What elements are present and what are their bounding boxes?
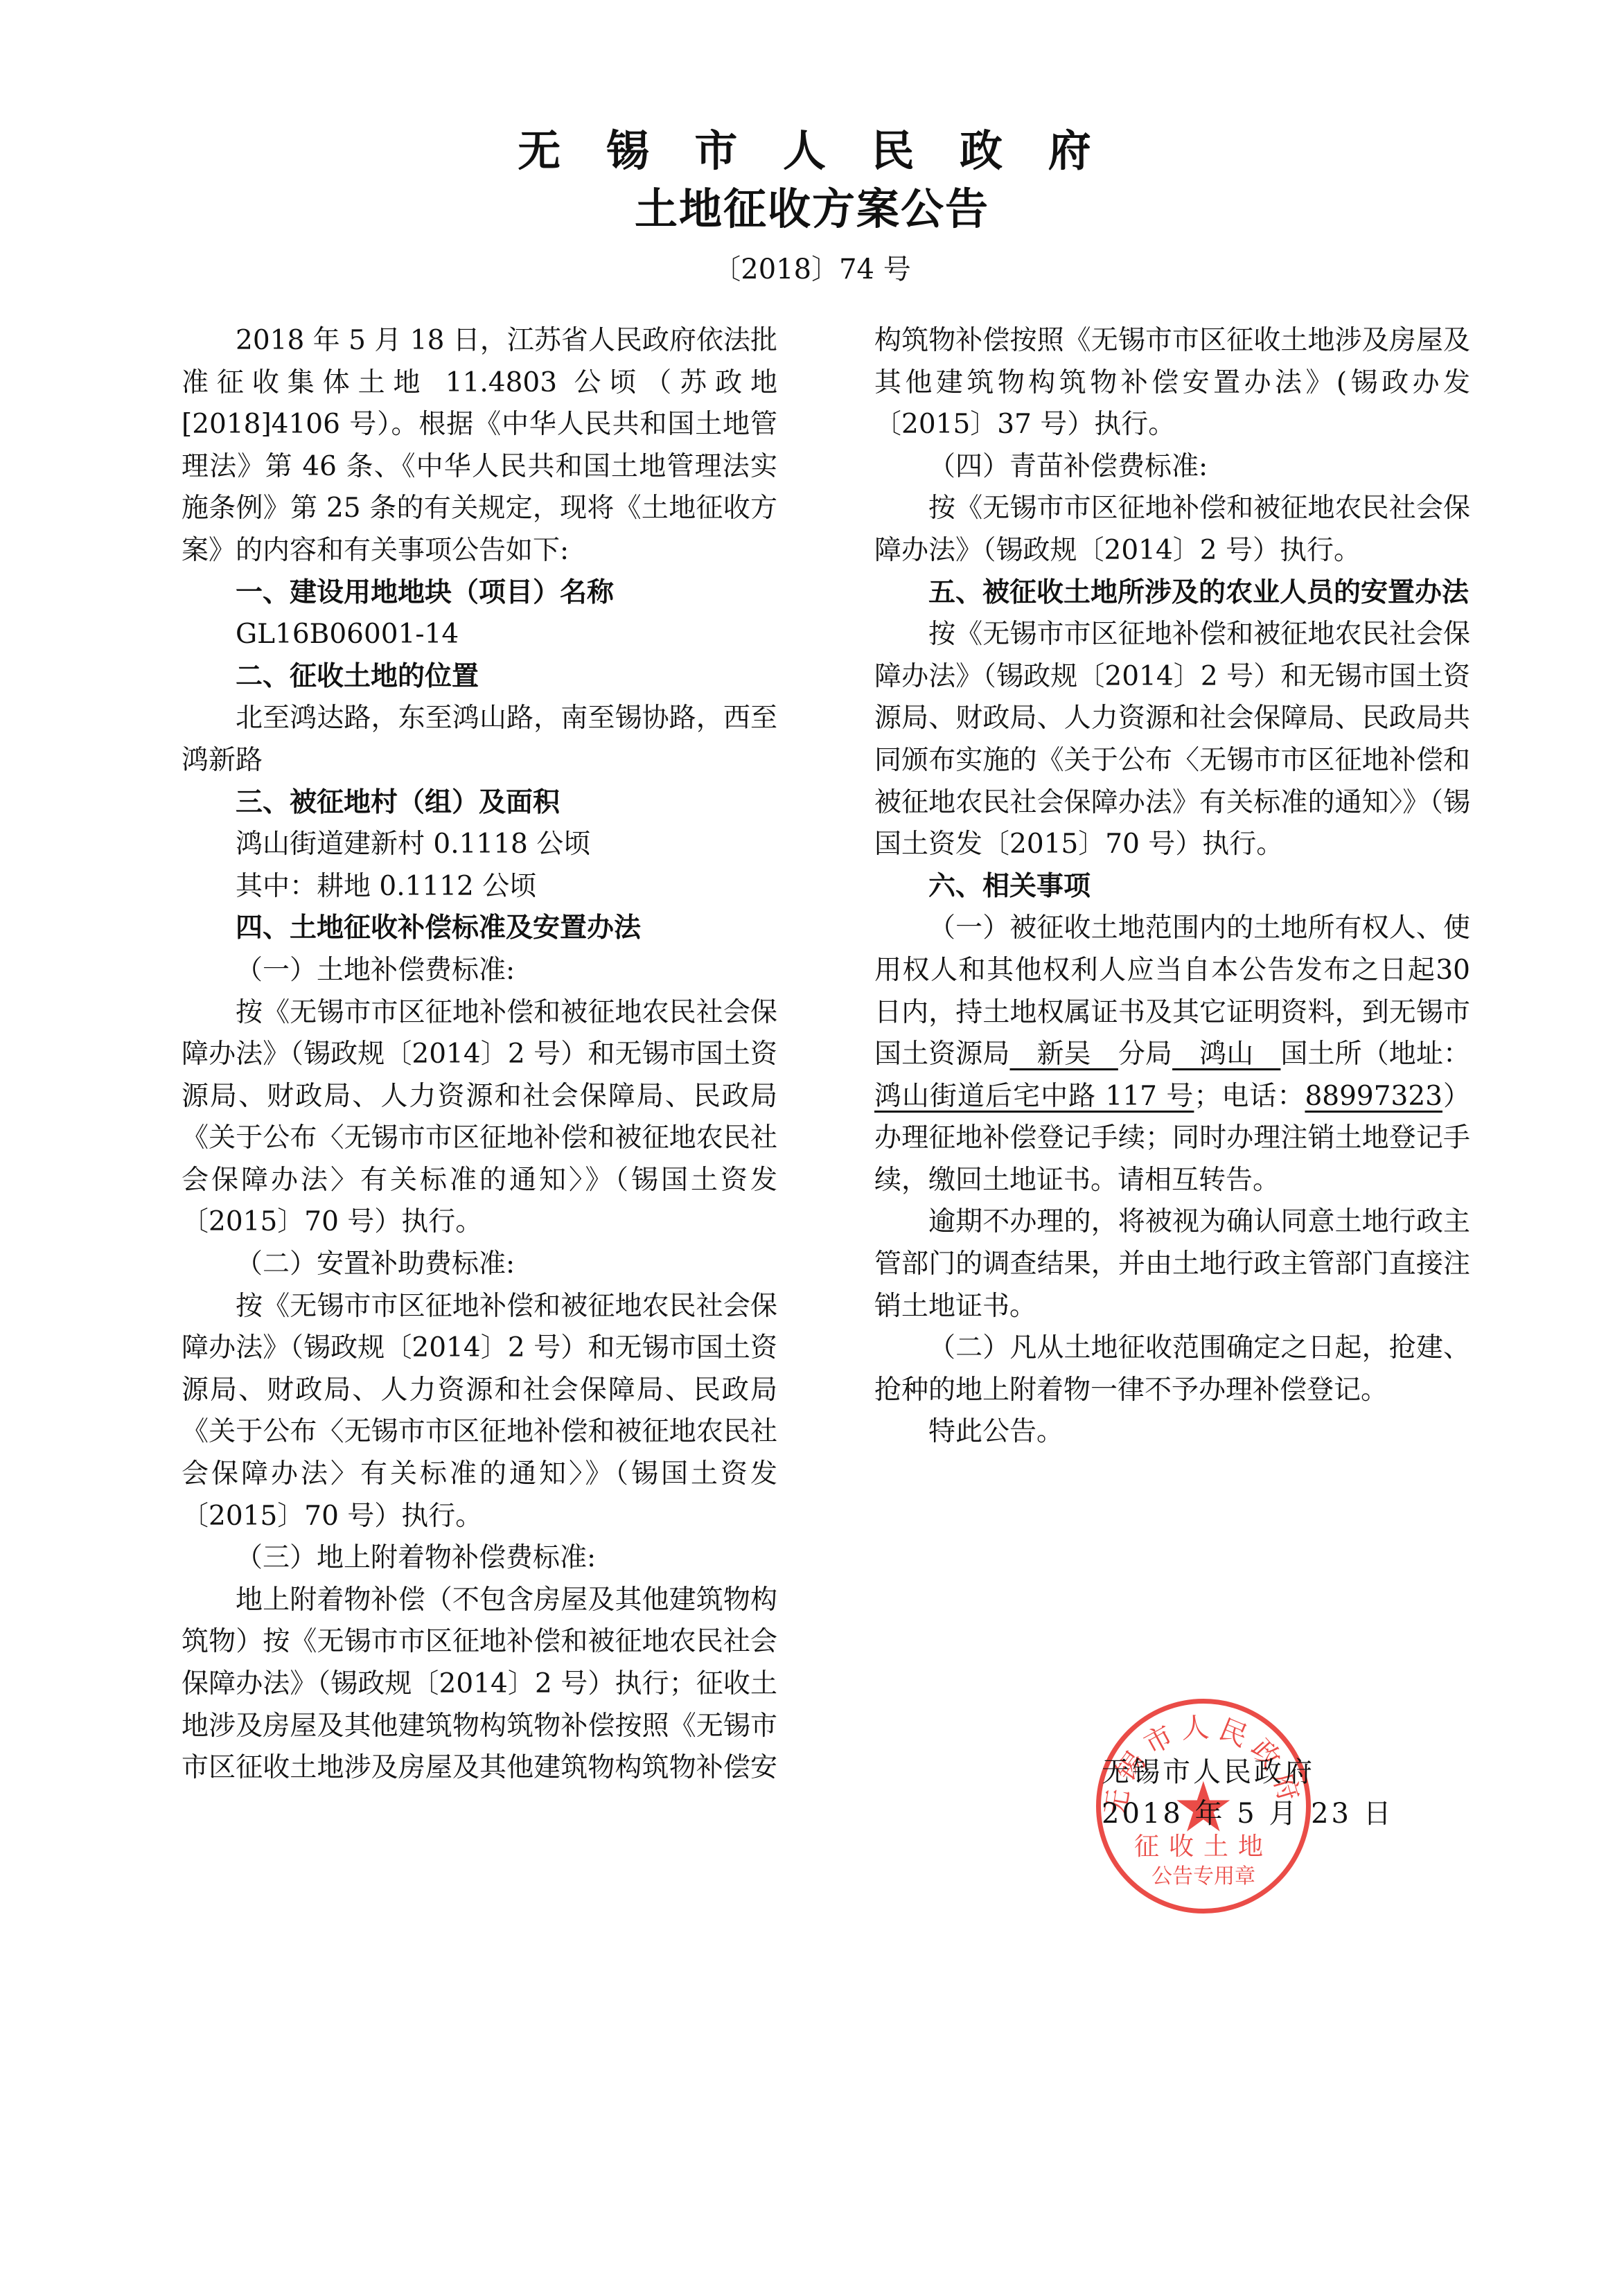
section3-heading: 三、被征地村（组）及面积: [182, 782, 777, 824]
section4-sub2-text: 按《无锡市市区征地补偿和被征地农民社会保障办法》（锡政规〔2014〕2 号）和无…: [182, 1286, 777, 1538]
item1-text-b: 分局: [1118, 1039, 1172, 1070]
signature-block: 无锡市人民政府 2018 年 5 月 23 日: [1102, 1751, 1394, 1835]
intro-paragraph: 2018 年 5 月 18 日，江苏省人民政府依法批准征收集体土地 11.480…: [182, 320, 777, 572]
document-number: 〔2018〕74 号: [0, 251, 1624, 288]
seal-center-line2: 公告专用章: [1101, 1859, 1306, 1889]
section3-area: 鸿山街道建新村 0.1118 公顷: [182, 824, 777, 866]
section4-sub3-heading: （三）地上附着物补偿费标准:: [182, 1537, 777, 1580]
section6-heading: 六、相关事项: [874, 866, 1470, 908]
item1-text-c: 国土所（地址：: [1280, 1039, 1470, 1070]
section4-sub2-heading: （二）安置补助费标准:: [182, 1244, 777, 1286]
closing-text: 特此公告。: [874, 1411, 1470, 1453]
section4-sub4-heading: （四）青苗补偿费标准:: [874, 446, 1470, 488]
document-title: 土地征收方案公告: [0, 182, 1624, 237]
office-address: 鸿山街道后宅中路 117 号: [874, 1081, 1194, 1112]
signature-issuer: 无锡市人民政府: [1102, 1751, 1394, 1793]
office-name: 鸿山: [1172, 1039, 1280, 1070]
section4-sub1-text: 按《无锡市市区征地补偿和被征地农民社会保障办法》（锡政规〔2014〕2 号）和无…: [182, 992, 777, 1244]
section6-overdue: 逾期不办理的，将被视为确认同意土地行政主管部门的调查结果，并由土地行政主管部门直…: [874, 1201, 1470, 1327]
office-phone: 88997323: [1305, 1081, 1442, 1112]
branch-name: 新吴: [1009, 1039, 1118, 1070]
section6-item2: （二）凡从土地征收范围确定之日起，抢建、抢种的地上附着物一律不予办理补偿登记。: [874, 1327, 1470, 1411]
section5-heading: 五、被征收土地所涉及的农业人员的安置办法: [874, 572, 1470, 615]
left-column: 2018 年 5 月 18 日，江苏省人民政府依法批准征收集体土地 11.480…: [182, 320, 777, 1789]
section5-content: 按《无锡市市区征地补偿和被征地农民社会保障办法》（锡政规〔2014〕2 号）和无…: [874, 614, 1470, 866]
item1-text-d: ；电话：: [1194, 1081, 1305, 1112]
issuer-title: 无 锡 市 人 民 政 府: [0, 123, 1624, 179]
section3-farmland: 其中：耕地 0.1112 公顷: [182, 866, 777, 908]
section4-sub4-text: 按《无锡市市区征地补偿和被征地农民社会保障办法》（锡政规〔2014〕2 号）执行…: [874, 488, 1470, 572]
section4-sub3-text-continued: 构筑物补偿按照《无锡市市区征收土地涉及房屋及其他建筑物构筑物补偿安置办法》(锡政…: [874, 320, 1470, 446]
section4-sub1-heading: （一）土地补偿费标准:: [182, 950, 777, 992]
section6-item1: （一）被征收土地范围内的土地所有权人、使用权人和其他权利人应当自本公告发布之日起…: [874, 908, 1470, 1201]
section4-heading: 四、土地征收补偿标准及安置办法: [182, 908, 777, 950]
section2-heading: 二、征收土地的位置: [182, 656, 777, 698]
section1-content: GL16B06001-14: [182, 614, 777, 656]
right-column: 构筑物补偿按照《无锡市市区征收土地涉及房屋及其他建筑物构筑物补偿安置办法》(锡政…: [874, 320, 1470, 1453]
section2-content: 北至鸿达路，东至鸿山路，南至锡协路，西至鸿新路: [182, 698, 777, 781]
section4-sub3-text: 地上附着物补偿（不包含房屋及其他建筑物构筑物）按《无锡市市区征地补偿和被征地农民…: [182, 1580, 777, 1789]
signature-date: 2018 年 5 月 23 日: [1102, 1793, 1394, 1835]
section1-heading: 一、建设用地地块（项目）名称: [182, 572, 777, 615]
